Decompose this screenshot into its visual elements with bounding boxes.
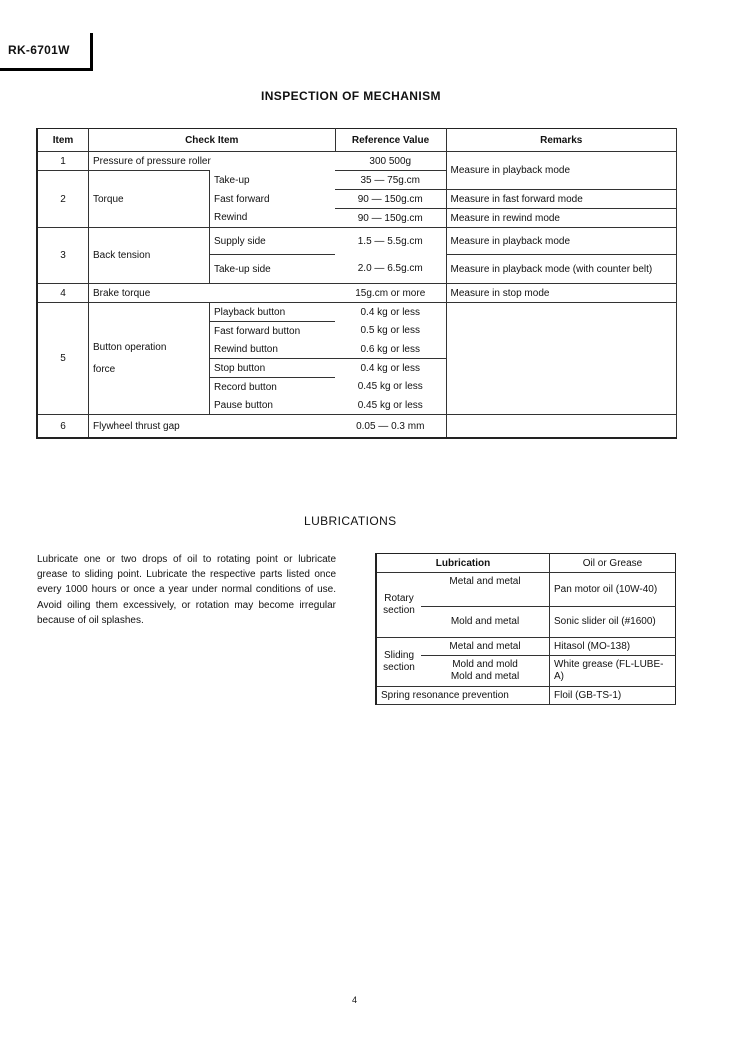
lubrication-table: Lubrication Oil or Grease Rotary section… (375, 553, 676, 705)
col-lubrication: Lubrication (376, 554, 550, 573)
table-row: 5 Button operationforce Playback button … (37, 303, 677, 322)
table-row: Sliding section Metal and metal Hitasol … (376, 638, 676, 656)
table-header-row: Item Check Item Reference Value Remarks (37, 129, 677, 152)
col-remarks: Remarks (446, 129, 677, 152)
table-header-row: Lubrication Oil or Grease (376, 554, 676, 573)
model-number: RK-6701W (8, 43, 70, 57)
inspection-table: Item Check Item Reference Value Remarks … (36, 128, 677, 439)
lubrications-title: LUBRICATIONS (304, 514, 397, 528)
model-label-box: RK-6701W (0, 33, 93, 71)
lubrication-instructions: Lubricate one or two drops of oil to rot… (37, 552, 336, 628)
table-row: 3 Back tension Supply side 1.5 — 5.5g.cm… (37, 228, 677, 255)
table-row: 1 Pressure of pressure roller 300 500g M… (37, 152, 677, 171)
table-row: 6 Flywheel thrust gap 0.05 — 0.3 mm (37, 415, 677, 439)
table-row: Mold and metal Sonic slider oil (#1600) (376, 607, 676, 638)
inspection-title: INSPECTION OF MECHANISM (261, 89, 441, 103)
col-item: Item (37, 129, 89, 152)
table-row: Mold and mold Mold and metal White greas… (376, 656, 676, 687)
col-check-item: Check Item (89, 129, 336, 152)
col-oil-or-grease: Oil or Grease (550, 554, 676, 573)
table-row: Spring resonance prevention Floil (GB-TS… (376, 687, 676, 705)
table-row: Rotary section Metal and metal Pan motor… (376, 573, 676, 607)
table-row: 4 Brake torque 15g.cm or more Measure in… (37, 284, 677, 303)
col-reference-value: Reference Value (335, 129, 446, 152)
page-number: 4 (352, 995, 357, 1005)
